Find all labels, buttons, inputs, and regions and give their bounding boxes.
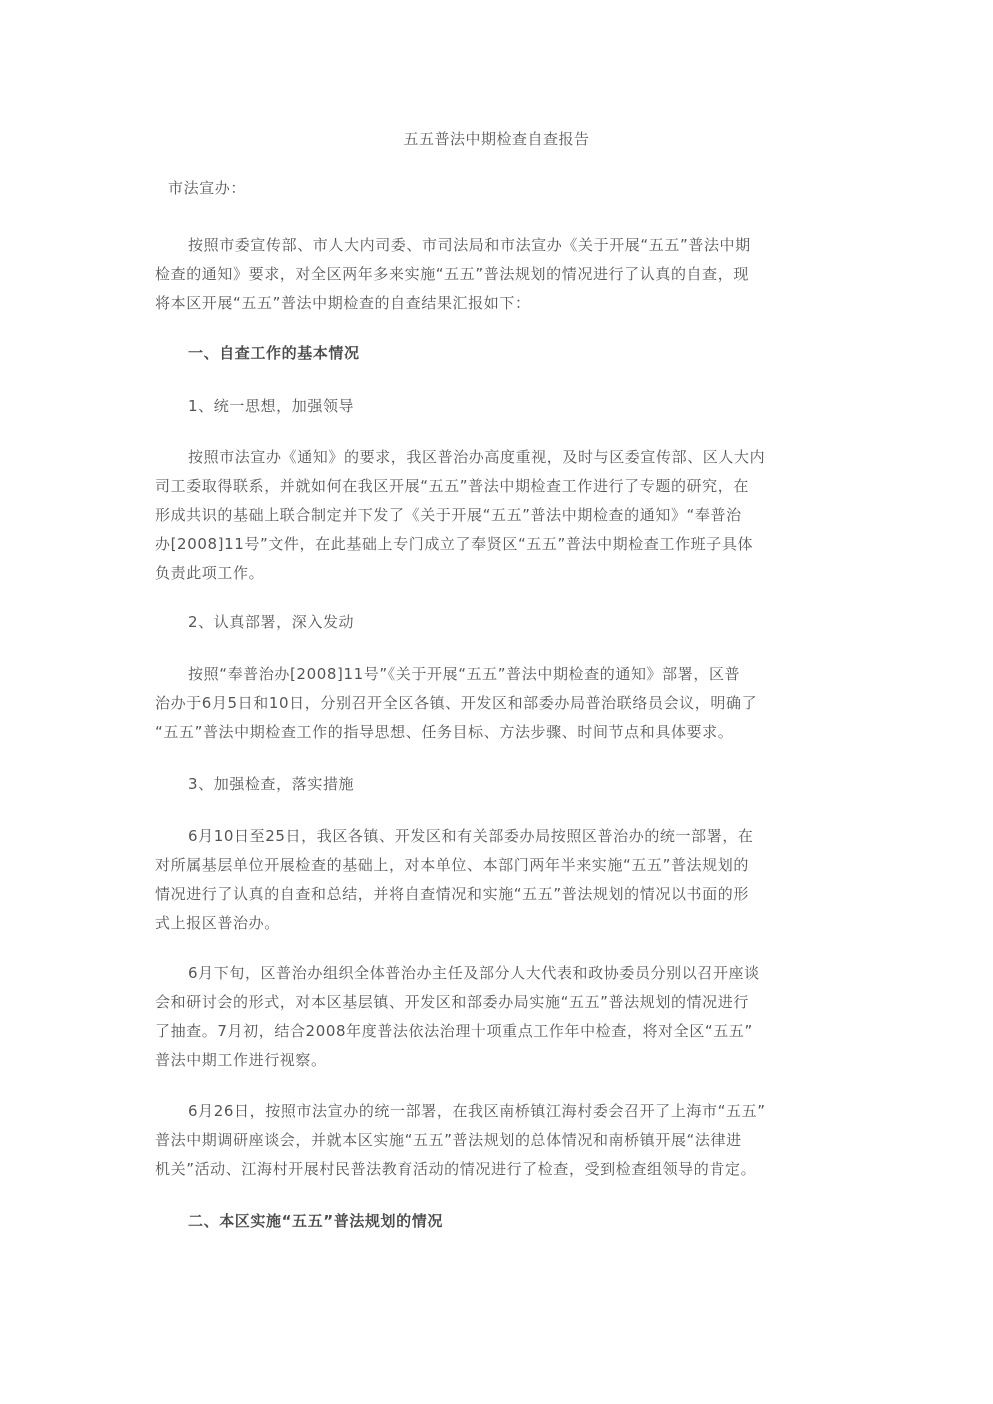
sub3-p1-line-2: 对所属基层单位开展检查的基础上，对本单位、本部门两年半来实施“五五”普法规划的 bbox=[155, 851, 835, 880]
sub3-p3-line-3: 机关”活动、江海村开展村民普法教育活动的情况进行了检查，受到检查组领导的肯定。 bbox=[155, 1155, 835, 1184]
sub3-p1-line-1: 6月10日至25日，我区各镇、开发区和有关部委办局按照区普治办的统一部署，在 bbox=[155, 822, 835, 851]
sub3-p2-line-4: 普法中期工作进行视察。 bbox=[155, 1046, 835, 1075]
sub3-p2-line-3: 了抽查。7月初，结合2008年度普法依法治理十项重点工作年中检查，将对全区“五五… bbox=[155, 1017, 835, 1046]
sub3-p1-line-4: 式上报区普治办。 bbox=[155, 909, 835, 938]
salutation: 市法宣办： bbox=[168, 177, 246, 199]
section-2-heading: 二、本区实施“五五”普法规划的情况 bbox=[188, 1210, 443, 1232]
sub2-line-1: 按照“奉普治办[2008]11号”《关于开展“五五”普法中期检查的通知》部署，区… bbox=[155, 660, 835, 689]
sub1-line-3: 形成共识的基础上联合制定并下发了《关于开展“五五”普法中期检查的通知》“奉普治 bbox=[155, 501, 835, 530]
intro-line-1: 按照市委宣传部、市人大内司委、市司法局和市法宣办《关于开展“五五”普法中期 bbox=[155, 231, 835, 260]
sub1-line-4: 办[2008]11号”文件，在此基础上专门成立了奉贤区“五五”普法中期检查工作班… bbox=[155, 530, 835, 559]
intro-paragraph: 按照市委宣传部、市人大内司委、市司法局和市法宣办《关于开展“五五”普法中期 检查… bbox=[155, 231, 835, 318]
intro-line-3: 将本区开展“五五”普法中期检查的自查结果汇报如下： bbox=[155, 289, 835, 318]
subsection-1-heading: 1、统一思想，加强领导 bbox=[188, 395, 354, 417]
sub3-p2-line-2: 会和研讨会的形式，对本区基层镇、开发区和部委办局实施“五五”普法规划的情况进行 bbox=[155, 988, 835, 1017]
sub1-line-2: 司工委取得联系，并就如何在我区开展“五五”普法中期检查工作进行了专题的研究，在 bbox=[155, 472, 835, 501]
sub3-p3-line-1: 6月26日，按照市法宣办的统一部署，在我区南桥镇江海村委会召开了上海市“五五” bbox=[155, 1097, 835, 1126]
subsection-3-paragraph-1: 6月10日至25日，我区各镇、开发区和有关部委办局按照区普治办的统一部署，在 对… bbox=[155, 822, 835, 938]
sub2-line-3: “五五”普法中期检查工作的指导思想、任务目标、方法步骤、时间节点和具体要求。 bbox=[155, 718, 835, 747]
sub1-line-5: 负责此项工作。 bbox=[155, 559, 835, 588]
subsection-2-paragraph: 按照“奉普治办[2008]11号”《关于开展“五五”普法中期检查的通知》部署，区… bbox=[155, 660, 835, 747]
sub3-p3-line-2: 普法中期调研座谈会，并就本区实施“五五”普法规划的总体情况和南桥镇开展“法律进 bbox=[155, 1126, 835, 1155]
section-1-heading: 一、自查工作的基本情况 bbox=[188, 342, 360, 364]
document-page: 五五普法中期检查自查报告 市法宣办： 按照市委宣传部、市人大内司委、市司法局和市… bbox=[0, 0, 993, 1404]
sub1-line-1: 按照市法宣办《通知》的要求，我区普治办高度重视，及时与区委宣传部、区人大内 bbox=[155, 443, 835, 472]
subsection-1-paragraph: 按照市法宣办《通知》的要求，我区普治办高度重视，及时与区委宣传部、区人大内 司工… bbox=[155, 443, 835, 588]
intro-line-2: 检查的通知》要求，对全区两年多来实施“五五”普法规划的情况进行了认真的自查，现 bbox=[155, 260, 835, 289]
document-title: 五五普法中期检查自查报告 bbox=[0, 128, 993, 150]
subsection-2-heading: 2、认真部署，深入发动 bbox=[188, 611, 354, 633]
subsection-3-paragraph-2: 6月下旬，区普治办组织全体普治办主任及部分人大代表和政协委员分别以召开座谈 会和… bbox=[155, 959, 835, 1075]
sub3-p2-line-1: 6月下旬，区普治办组织全体普治办主任及部分人大代表和政协委员分别以召开座谈 bbox=[155, 959, 835, 988]
sub3-p1-line-3: 情况进行了认真的自查和总结，并将自查情况和实施“五五”普法规划的情况以书面的形 bbox=[155, 880, 835, 909]
subsection-3-heading: 3、加强检查，落实措施 bbox=[188, 773, 354, 795]
subsection-3-paragraph-3: 6月26日，按照市法宣办的统一部署，在我区南桥镇江海村委会召开了上海市“五五” … bbox=[155, 1097, 835, 1184]
sub2-line-2: 治办于6月5日和10日，分别召开全区各镇、开发区和部委办局普治联络员会议，明确了 bbox=[155, 689, 835, 718]
